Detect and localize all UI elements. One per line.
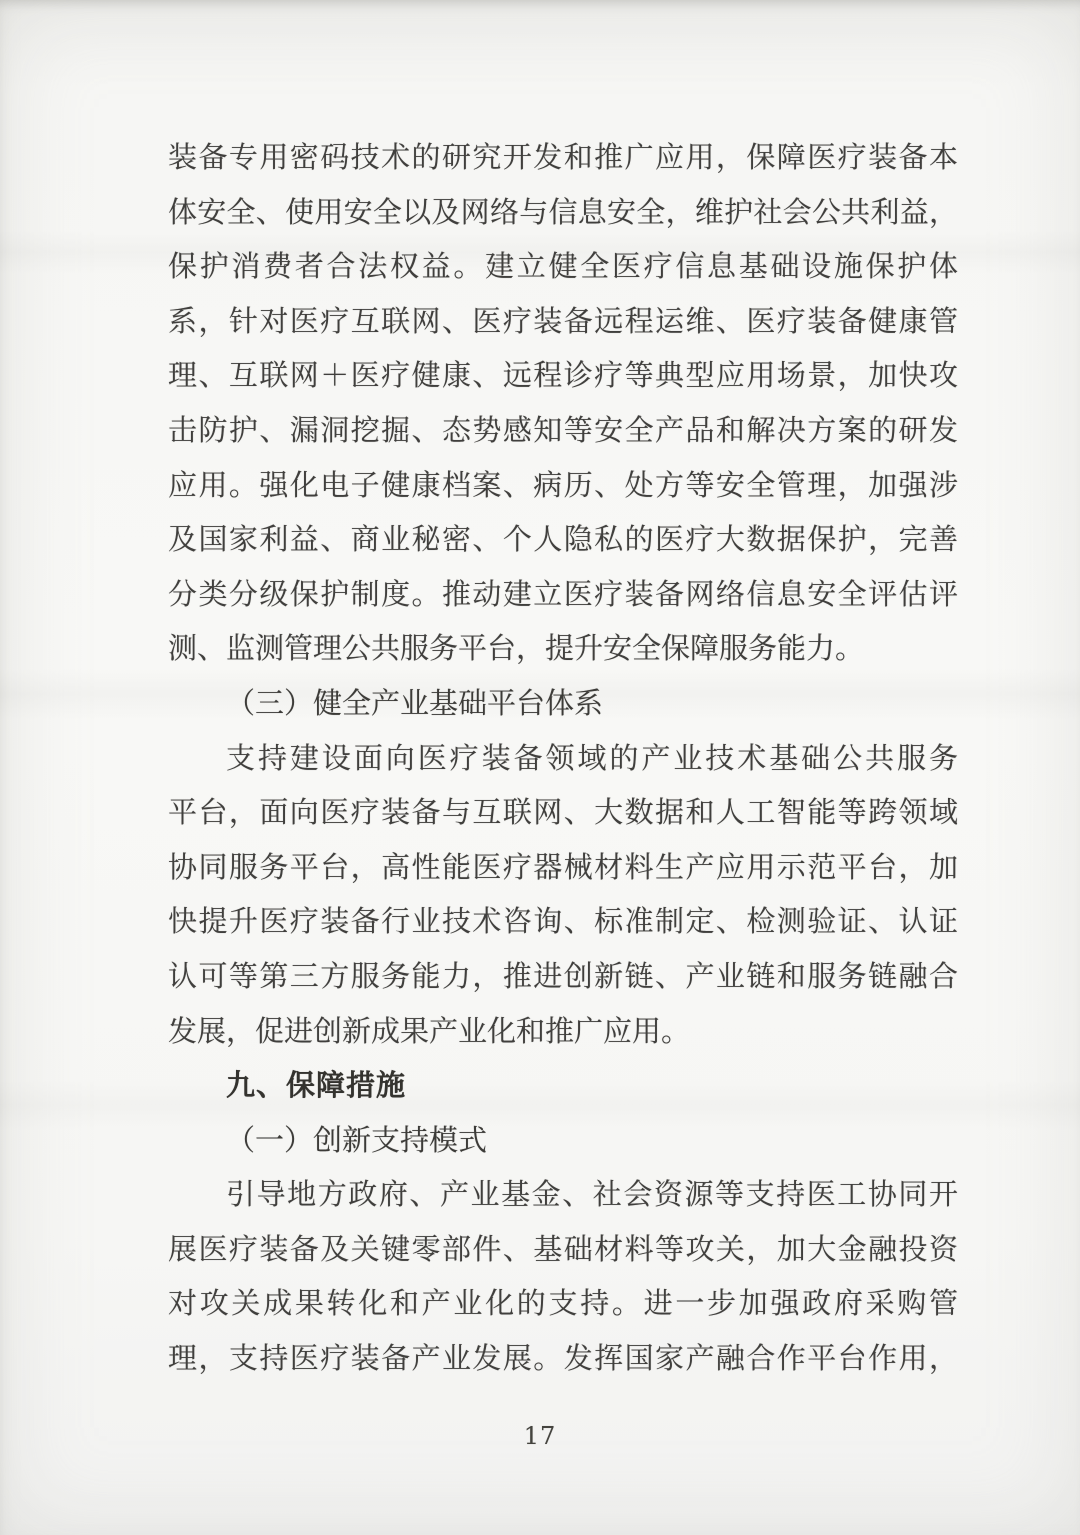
text-line: 保护消费者合法权益。建立健全医疗信息基础设施保护体 (168, 239, 958, 294)
text-line: 测、监测管理公共服务平台，提升安全保障服务能力。 (168, 621, 958, 676)
text-line: 分类分级保护制度。推动建立医疗装备网络信息安全评估评 (168, 567, 958, 622)
text-line: 引导地方政府、产业基金、社会资源等支持医工协同开 (168, 1167, 958, 1222)
section-heading: 九、保障措施 (168, 1058, 958, 1113)
text-line: 系，针对医疗互联网、医疗装备远程运维、医疗装备健康管 (168, 294, 958, 349)
text-line: 发展，促进创新成果产业化和推广应用。 (168, 1004, 958, 1059)
subsection-heading: （一）创新支持模式 (168, 1113, 958, 1168)
text-line: 展医疗装备及关键零部件、基础材料等攻关，加大金融投资 (168, 1222, 958, 1277)
subsection-heading: （三）健全产业基础平台体系 (168, 676, 958, 731)
document-text-block: 装备专用密码技术的研究开发和推广应用，保障医疗装备本体安全、使用安全以及网络与信… (168, 130, 958, 1386)
text-line: 理，支持医疗装备产业发展。发挥国家产融合作平台作用， (168, 1331, 958, 1386)
text-line: 认可等第三方服务能力，推进创新链、产业链和服务链融合 (168, 949, 958, 1004)
text-line: 及国家利益、商业秘密、个人隐私的医疗大数据保护，完善 (168, 512, 958, 567)
text-line: 对攻关成果转化和产业化的支持。进一步加强政府采购管 (168, 1276, 958, 1331)
scanned-document-page: 装备专用密码技术的研究开发和推广应用，保障医疗装备本体安全、使用安全以及网络与信… (0, 0, 1080, 1535)
text-line: 理、互联网＋医疗健康、远程诊疗等典型应用场景，加快攻 (168, 348, 958, 403)
text-line: 装备专用密码技术的研究开发和推广应用，保障医疗装备本 (168, 130, 958, 185)
text-line: 击防护、漏洞挖掘、态势感知等安全产品和解决方案的研发 (168, 403, 958, 458)
text-line: 快提升医疗装备行业技术咨询、标准制定、检测验证、认证 (168, 894, 958, 949)
text-line: 支持建设面向医疗装备领域的产业技术基础公共服务 (168, 731, 958, 786)
text-line: 体安全、使用安全以及网络与信息安全，维护社会公共利益， (168, 185, 958, 240)
text-line: 应用。强化电子健康档案、病历、处方等安全管理，加强涉 (168, 458, 958, 513)
text-line: 协同服务平台，高性能医疗器械材料生产应用示范平台，加 (168, 840, 958, 895)
text-line: 平台，面向医疗装备与互联网、大数据和人工智能等跨领域 (168, 785, 958, 840)
page-number: 17 (0, 1422, 1080, 1450)
